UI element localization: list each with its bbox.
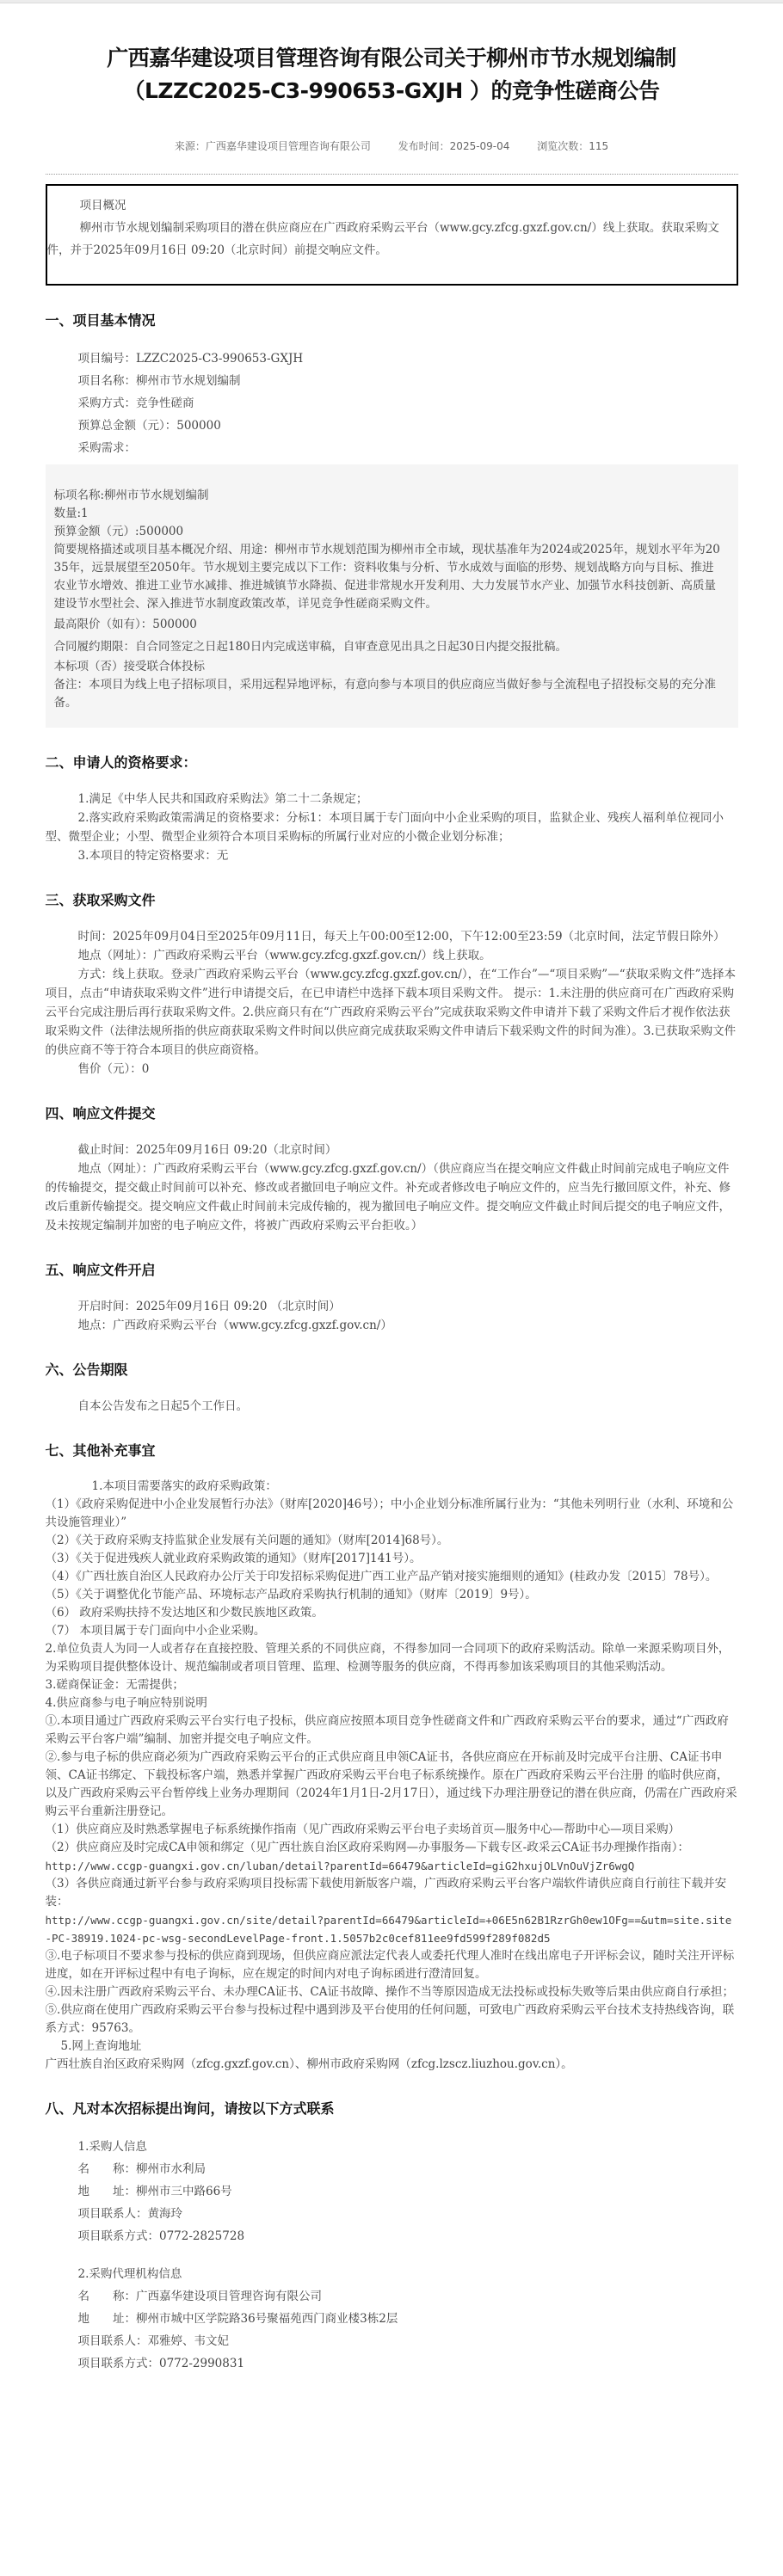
page-title: 广西嘉华建设项目管理咨询有限公司关于柳州市节水规划编制（LZZC2025-C3-… xyxy=(46,42,738,108)
section-4-body: 截止时间：2025年09月16日 09:20（北京时间） 地点（网址）：广西政府… xyxy=(46,1140,738,1235)
overview-heading: 项目概况 xyxy=(47,194,737,217)
spacer xyxy=(46,2247,738,2263)
section-8-title: 八、凡对本次招标提出询问，请按以下方式联系 xyxy=(46,2100,738,2118)
bottom-space xyxy=(46,2375,738,2504)
section-3-body: 时间：2025年09月04日至2025年09月11日，每天上午00:00至12:… xyxy=(46,927,738,1079)
remark: 备注：本项目为线上电子招标项目，采用远程异地评标，有意向参与本项目的供应商应当做… xyxy=(54,676,723,712)
policy-item: （6） 政府采购扶持不发达地区和少数民族地区政策。 xyxy=(46,1604,738,1622)
electronic-note: ⑤.供应商在使用广西政府采购云平台参与投标过程中遇到涉及平台使用的任何问题，可致… xyxy=(46,2001,738,2038)
submission-place: 地点（网址）：广西政府采购云平台（www.gcy.zfcg.gxzf.gov.c… xyxy=(46,1159,738,1235)
document-price: 售价（元）：0 xyxy=(46,1060,738,1079)
supplement-item-2: 2.单位负责人为同一人或者存在直接控股、管理关系的不同供应商，不得参加同一合同项… xyxy=(46,1640,738,1676)
supplement-item-3: 3.磋商保证金：无需提供； xyxy=(46,1676,738,1694)
opening-place: 地点：广西政府采购云平台（www.gcy.zfcg.gxzf.gov.cn/） xyxy=(46,1316,738,1335)
purchaser-name: 名 称：柳州市水利局 xyxy=(46,2158,738,2180)
view-count: 浏览次数：115 xyxy=(537,140,608,152)
supplement-item-4-heading: 4.供应商参与电子响应特别说明 xyxy=(46,1694,738,1712)
agency-contact: 项目联系人：邓雅婷、韦文妃 xyxy=(46,2330,738,2352)
article: 广西嘉华建设项目管理咨询有限公司关于柳州市节水规划编制（LZZC2025-C3-… xyxy=(46,3,738,2504)
project-name: 项目名称：柳州市节水规划编制 xyxy=(46,370,738,392)
electronic-note: ①.本项目通过广西政府采购云平台实行电子投标，供应商应按照本项目竞争性磋商文件和… xyxy=(46,1712,738,1749)
agency-name: 名 称：广西嘉华建设项目管理咨询有限公司 xyxy=(46,2285,738,2308)
purchaser-contact: 项目联系人：黄海玲 xyxy=(46,2203,738,2225)
section-1-title: 一、项目基本情况 xyxy=(46,311,738,330)
electronic-note: （3）各供应商通过新平台参与政府采购项目投标需下载使用新版客户端，广西政府采购云… xyxy=(46,1875,738,1911)
publish-date: 发布时间：2025-09-04 xyxy=(398,140,510,152)
purchaser-phone: 项目联系方式：0772-2825728 xyxy=(46,2225,738,2247)
project-number: 项目编号：LZZC2025-C3-990653-GXJH xyxy=(46,347,738,370)
procurement-method: 采购方式：竞争性磋商 xyxy=(46,392,738,415)
lot-quantity: 数量:1 xyxy=(54,505,723,523)
purchaser-address: 地 址：柳州市三中路66号 xyxy=(46,2180,738,2203)
lot-budget: 预算金额（元）:500000 xyxy=(54,523,723,541)
acquisition-method: 方式：线上获取。登录广西政府采购云平台（www.gcy.zfcg.gxzf.go… xyxy=(46,965,738,1060)
contract-period: 合同履约期限：自合同签定之日起180日内完成送审稿，自审查意见出具之日起30日内… xyxy=(54,636,723,658)
electronic-note: （1）供应商应及时熟悉掌握电子标系统操作指南（见广西政府采购云平台电子卖场首页—… xyxy=(46,1821,738,1839)
client-download-link[interactable]: http://www.ccgp-guangxi.gov.cn/site/deta… xyxy=(46,1911,738,1947)
lot-description: 简要规格描述或项目基本概况介绍、用途：柳州市节水规划范围为柳州市全市域，现状基准… xyxy=(54,541,723,613)
supplement-item-5-heading: 5.网上查询地址 xyxy=(46,2038,738,2056)
qualification-item: 3.本项目的特定资格要求：无 xyxy=(46,846,738,865)
electronic-note: ③.电子标项目不要求参与投标的供应商到现场，但供应商应派法定代表人或委托代理人准… xyxy=(46,1947,738,1983)
section-7-title: 七、其他补充事宜 xyxy=(46,1442,738,1460)
total-budget: 预算总金额（元）：500000 xyxy=(46,415,738,437)
section-4-title: 四、响应文件提交 xyxy=(46,1104,738,1123)
lot-name: 标项名称:柳州市节水规划编制 xyxy=(54,487,723,505)
acquisition-time: 时间：2025年09月04日至2025年09月11日，每天上午00:00至12:… xyxy=(46,927,738,946)
ca-guide-link[interactable]: http://www.ccgp-guangxi.gov.cn/luban/det… xyxy=(46,1857,738,1875)
qualification-item: 2.落实政府采购政策需满足的资格要求：分标1：本项目属于专门面向中小企业采购的项… xyxy=(46,808,738,846)
policy-item: （3）《关于促进残疾人就业政府采购政策的通知》（财库[2017]141号）。 xyxy=(46,1550,738,1568)
requirement-label: 采购需求： xyxy=(46,437,738,459)
project-overview-box: 项目概况 柳州市节水规划编制采购项目的潜在供应商应在广西政府采购云平台（www.… xyxy=(46,184,738,286)
consortium-note: 本标项（否）接受联合体投标 xyxy=(54,658,723,676)
acquisition-place: 地点（网址）：广西政府采购云平台（www.gcy.zfcg.gxzf.gov.c… xyxy=(46,946,738,965)
requirement-box: 标项名称:柳州市节水规划编制 数量:1 预算金额（元）:500000 简要规格描… xyxy=(46,464,738,728)
max-price: 最高限价（如有）：500000 xyxy=(54,613,723,636)
agency-heading: 2.采购代理机构信息 xyxy=(46,2263,738,2285)
qualification-item: 1.满足《中华人民共和国政府采购法》第二十二条规定； xyxy=(46,790,738,808)
source-label: 来源：广西嘉华建设项目管理咨询有限公司 xyxy=(175,140,371,152)
policy-item: （5）《关于调整优化节能产品、环境标志产品政府采购执行机制的通知》（财库〔201… xyxy=(46,1586,738,1604)
section-2-body: 1.满足《中华人民共和国政府采购法》第二十二条规定； 2.落实政府采购政策需满足… xyxy=(46,790,738,865)
submission-deadline: 截止时间：2025年09月16日 09:20（北京时间） xyxy=(46,1140,738,1159)
section-7-body: 1.本项目需要落实的政府采购政策： （1）《政府采购促进中小企业发展暂行办法》（… xyxy=(46,1478,738,2074)
section-6-title: 六、公告期限 xyxy=(46,1361,738,1380)
announcement-period: 自本公告发布之日起5个工作日。 xyxy=(46,1397,738,1416)
divider xyxy=(46,174,738,175)
article-meta: 来源：广西嘉华建设项目管理咨询有限公司 发布时间：2025-09-04 浏览次数… xyxy=(46,138,738,156)
policy-heading: 1.本项目需要落实的政府采购政策： xyxy=(46,1478,738,1496)
section-5-body: 开启时间：2025年09月16日 09:20 （北京时间） 地点：广西政府采购云… xyxy=(46,1297,738,1335)
electronic-note: ④.因未注册广西政府采购云平台、未办理CA证书、CA证书故障、操作不当等原因造成… xyxy=(46,1983,738,2001)
electronic-note: ②.参与电子标的供应商必须为广西政府采购云平台的正式供应商且申领CA证书，各供应… xyxy=(46,1749,738,1821)
policy-item: （1）《政府采购促进中小企业发展暂行办法》（财库[2020]46号）；中小企业划… xyxy=(46,1496,738,1532)
section-1-body: 项目编号：LZZC2025-C3-990653-GXJH 项目名称：柳州市节水规… xyxy=(46,347,738,459)
policy-item: （2）《关于政府采购支持监狱企业发展有关问题的通知》（财库[2014]68号）。 xyxy=(46,1532,738,1550)
section-8-body: 1.采购人信息 名 称：柳州市水利局 地 址：柳州市三中路66号 项目联系人：黄… xyxy=(46,2136,738,2375)
purchaser-heading: 1.采购人信息 xyxy=(46,2136,738,2158)
opening-time: 开启时间：2025年09月16日 09:20 （北京时间） xyxy=(46,1297,738,1316)
policy-item: （4）《广西壮族自治区人民政府办公厅关于印发招标采购促进广西工业产品产销对接实施… xyxy=(46,1568,738,1586)
section-3-title: 三、获取采购文件 xyxy=(46,891,738,910)
policy-item: （7） 本项目属于专门面向中小企业采购。 xyxy=(46,1622,738,1640)
electronic-note: （2）供应商应及时完成CA申领和绑定（见广西壮族自治区政府采购网—办事服务—下载… xyxy=(46,1839,738,1857)
overview-text: 柳州市节水规划编制采购项目的潜在供应商应在广西政府采购云平台（www.gcy.z… xyxy=(47,217,737,261)
section-5-title: 五、响应文件开启 xyxy=(46,1261,738,1280)
agency-address: 地 址：柳州市城中区学院路36号聚福苑西门商业楼3栋2层 xyxy=(46,2308,738,2330)
section-2-title: 二、申请人的资格要求： xyxy=(46,753,738,772)
agency-phone: 项目联系方式：0772-2990831 xyxy=(46,2352,738,2375)
query-sites: 广西壮族自治区政府采购网（zfcg.gxzf.gov.cn）、柳州市政府采购网（… xyxy=(46,2056,738,2074)
